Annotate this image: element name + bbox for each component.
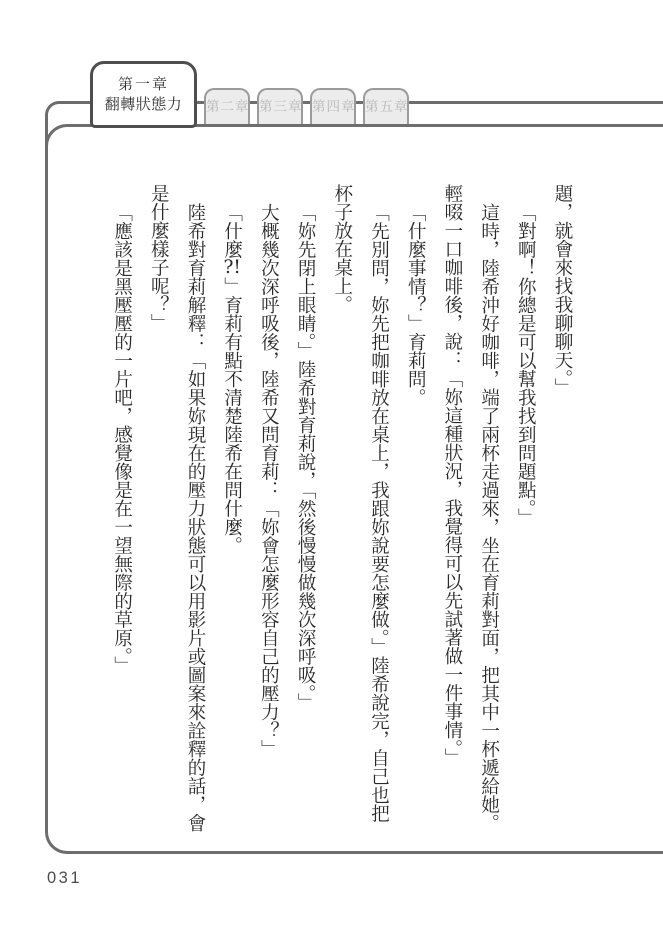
- text-column: 題，就會來找我聊聊天。」: [543, 184, 580, 844]
- tab-chapter-1[interactable]: 第一章 翻轉狀態力: [90, 61, 197, 128]
- tab-chapter-5[interactable]: 第五章: [363, 88, 409, 124]
- text-column: 「妳先閉上眼睛。」陸希對育莉說，「然後慢慢做幾次深呼吸。」: [286, 184, 323, 844]
- text-column: 這時，陸希沖好咖啡，端了兩杯走過來，坐在育莉對面，把其中一杯遞給她。: [470, 184, 507, 844]
- tab-chapter-3[interactable]: 第三章: [257, 88, 303, 124]
- tab-chapter-4[interactable]: 第四章: [310, 88, 356, 124]
- page-number: 031: [47, 869, 82, 888]
- text-column: 「對啊！你總是可以幫我找到問題點。」: [507, 184, 544, 844]
- text-column: 輕啜一口咖啡後，說：「妳這種狀況，我覺得可以先試著做一件事情。」: [433, 184, 470, 844]
- text-column: 「應該是黑壓壓的一片吧，感覺像是在一望無際的草原。」: [103, 184, 140, 844]
- text-column: 「什麼事情？」育莉問。: [396, 184, 433, 844]
- tate-chu-yoko: ?!: [222, 258, 243, 277]
- tab-chapter-2[interactable]: 第二章: [204, 88, 250, 124]
- book-page: 第二章第三章第四章第五章 第一章 翻轉狀態力 題，就會來找我聊聊天。」「對啊！你…: [0, 0, 663, 932]
- active-tab-subtitle: 翻轉狀態力: [105, 95, 183, 115]
- body-text: 題，就會來找我聊聊天。」「對啊！你總是可以幫我找到問題點。」這時，陸希沖好咖啡，…: [102, 184, 580, 844]
- chapter-tabs: 第二章第三章第四章第五章: [204, 88, 409, 124]
- text-column: 陸希對育莉解釋：「如果妳現在的壓力狀態可以用影片或圖案來詮釋的話，會: [176, 184, 213, 844]
- active-tab-title: 第一章: [118, 75, 169, 95]
- text-column: 「什麼?!」育莉有點不清楚陸希在問什麼。: [213, 184, 250, 844]
- text-column: 杯子放在桌上。: [323, 184, 360, 844]
- text-column: 是什麼樣子呢？」: [140, 184, 177, 844]
- text-column: 大概幾次深呼吸後，陸希又問育莉：「妳會怎麼形容自己的壓力？」: [250, 184, 287, 844]
- text-column: 「先別問，妳先把咖啡放在桌上，我跟妳說要怎麼做。」陸希說完，自己也把: [360, 184, 397, 844]
